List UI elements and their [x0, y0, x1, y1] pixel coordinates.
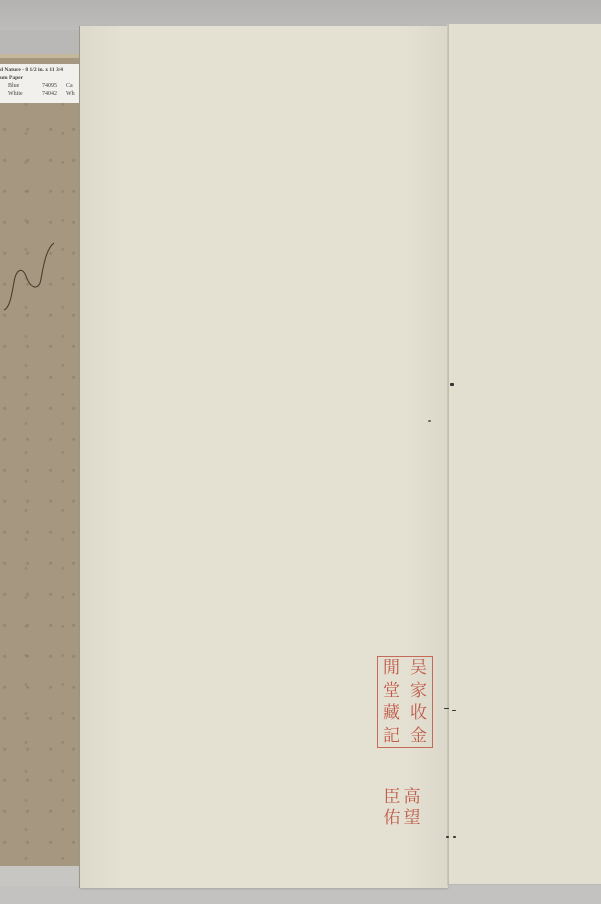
label-text: d Nature - 8 1/2 in. x 11 3/4 — [0, 66, 63, 74]
binding-mark — [452, 710, 456, 711]
seal-character: 佑 — [382, 808, 402, 829]
seal-character: 收 — [405, 702, 432, 725]
seal-character: 家 — [405, 680, 432, 703]
seal-character: 堂 — [378, 680, 405, 703]
cardboard-bottom-area — [0, 866, 84, 886]
seal-character: 藏 — [378, 702, 405, 725]
seal-character: 高 — [402, 787, 422, 808]
label-color: Blue — [0, 82, 42, 90]
speck — [428, 420, 431, 422]
page-fold — [447, 24, 449, 886]
collector-seal-small: 臣 佑 高 望 — [382, 787, 422, 829]
label-line: Blue 74095 Ca — [0, 82, 80, 90]
pencil-squiggle-mark — [0, 238, 60, 318]
label-extra: Ca — [66, 82, 73, 90]
seal-character: 吴 — [405, 657, 432, 680]
label-text: um Paper — [0, 74, 23, 82]
binding-mark — [444, 708, 449, 709]
binding-mark — [446, 836, 449, 838]
binding-mark — [453, 836, 456, 838]
label-line: White 74042 Wh — [0, 90, 80, 98]
seal-character: 望 — [402, 808, 422, 829]
seal-character: 閒 — [378, 657, 405, 680]
seal-character: 記 — [378, 725, 405, 748]
label-code: 74095 — [42, 82, 66, 90]
label-color: White — [0, 90, 42, 98]
binding-mark — [450, 383, 454, 386]
label-line: d Nature - 8 1/2 in. x 11 3/4 — [0, 66, 80, 74]
seal-character: 金 — [405, 725, 432, 748]
collector-seal-large: 閒 堂 藏 記 吴 家 收 金 — [377, 656, 433, 748]
cardboard-backing — [0, 58, 84, 868]
label-line: um Paper — [0, 74, 80, 82]
label-extra: Wh — [66, 90, 75, 98]
product-label: d Nature - 8 1/2 in. x 11 3/4 um Paper B… — [0, 64, 80, 103]
album-page-right — [448, 24, 601, 884]
label-code: 74042 — [42, 90, 66, 98]
album-page-left — [80, 26, 448, 888]
seal-character: 臣 — [382, 787, 402, 808]
